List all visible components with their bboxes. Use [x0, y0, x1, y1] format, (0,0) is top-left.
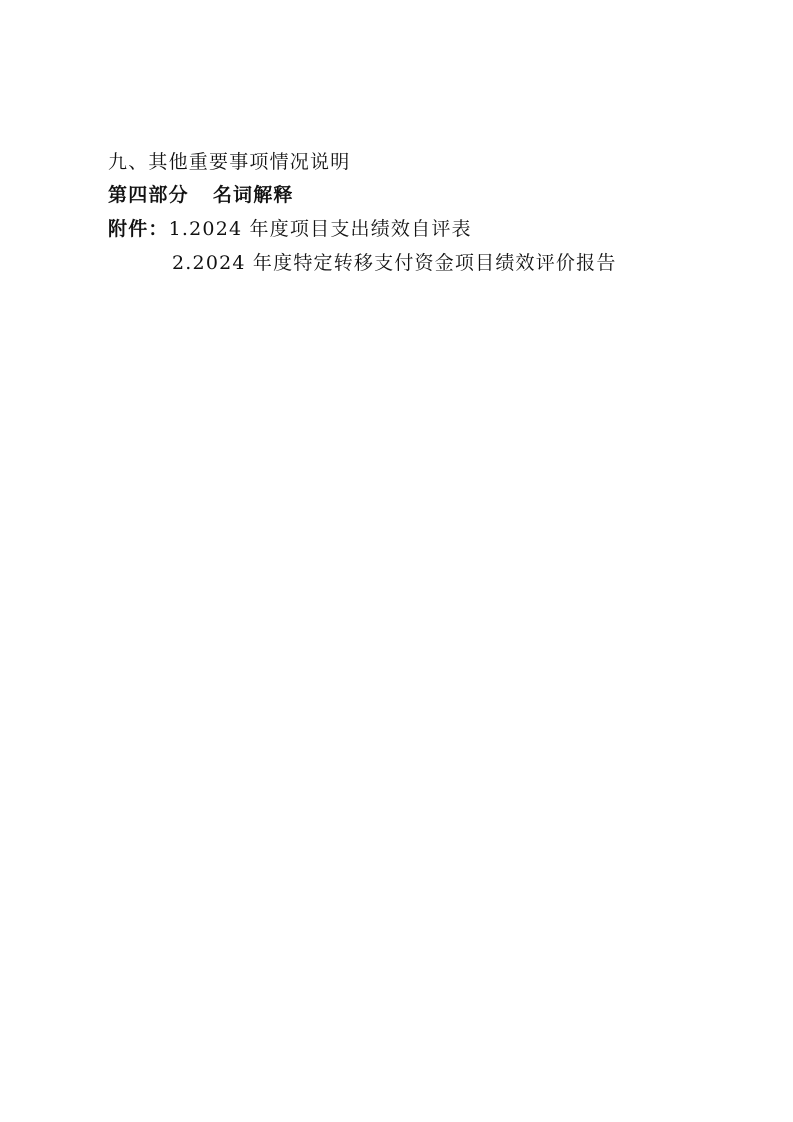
attachment-item: 2.2024 年度特定转移支付资金项目绩效评价报告	[172, 251, 617, 275]
part-title: 名词解释	[213, 184, 294, 206]
part-number: 第四部分	[108, 184, 189, 206]
attachment-item: 1.2024 年度项目支出绩效自评表	[169, 218, 472, 240]
attachment-label: 附件：	[108, 218, 169, 240]
section-heading-nine: 九、其他重要事项情况说明	[108, 150, 350, 174]
part-four-heading: 第四部分名词解释	[108, 183, 294, 207]
attachment-line-1: 附件：1.2024 年度项目支出绩效自评表	[108, 217, 472, 242]
